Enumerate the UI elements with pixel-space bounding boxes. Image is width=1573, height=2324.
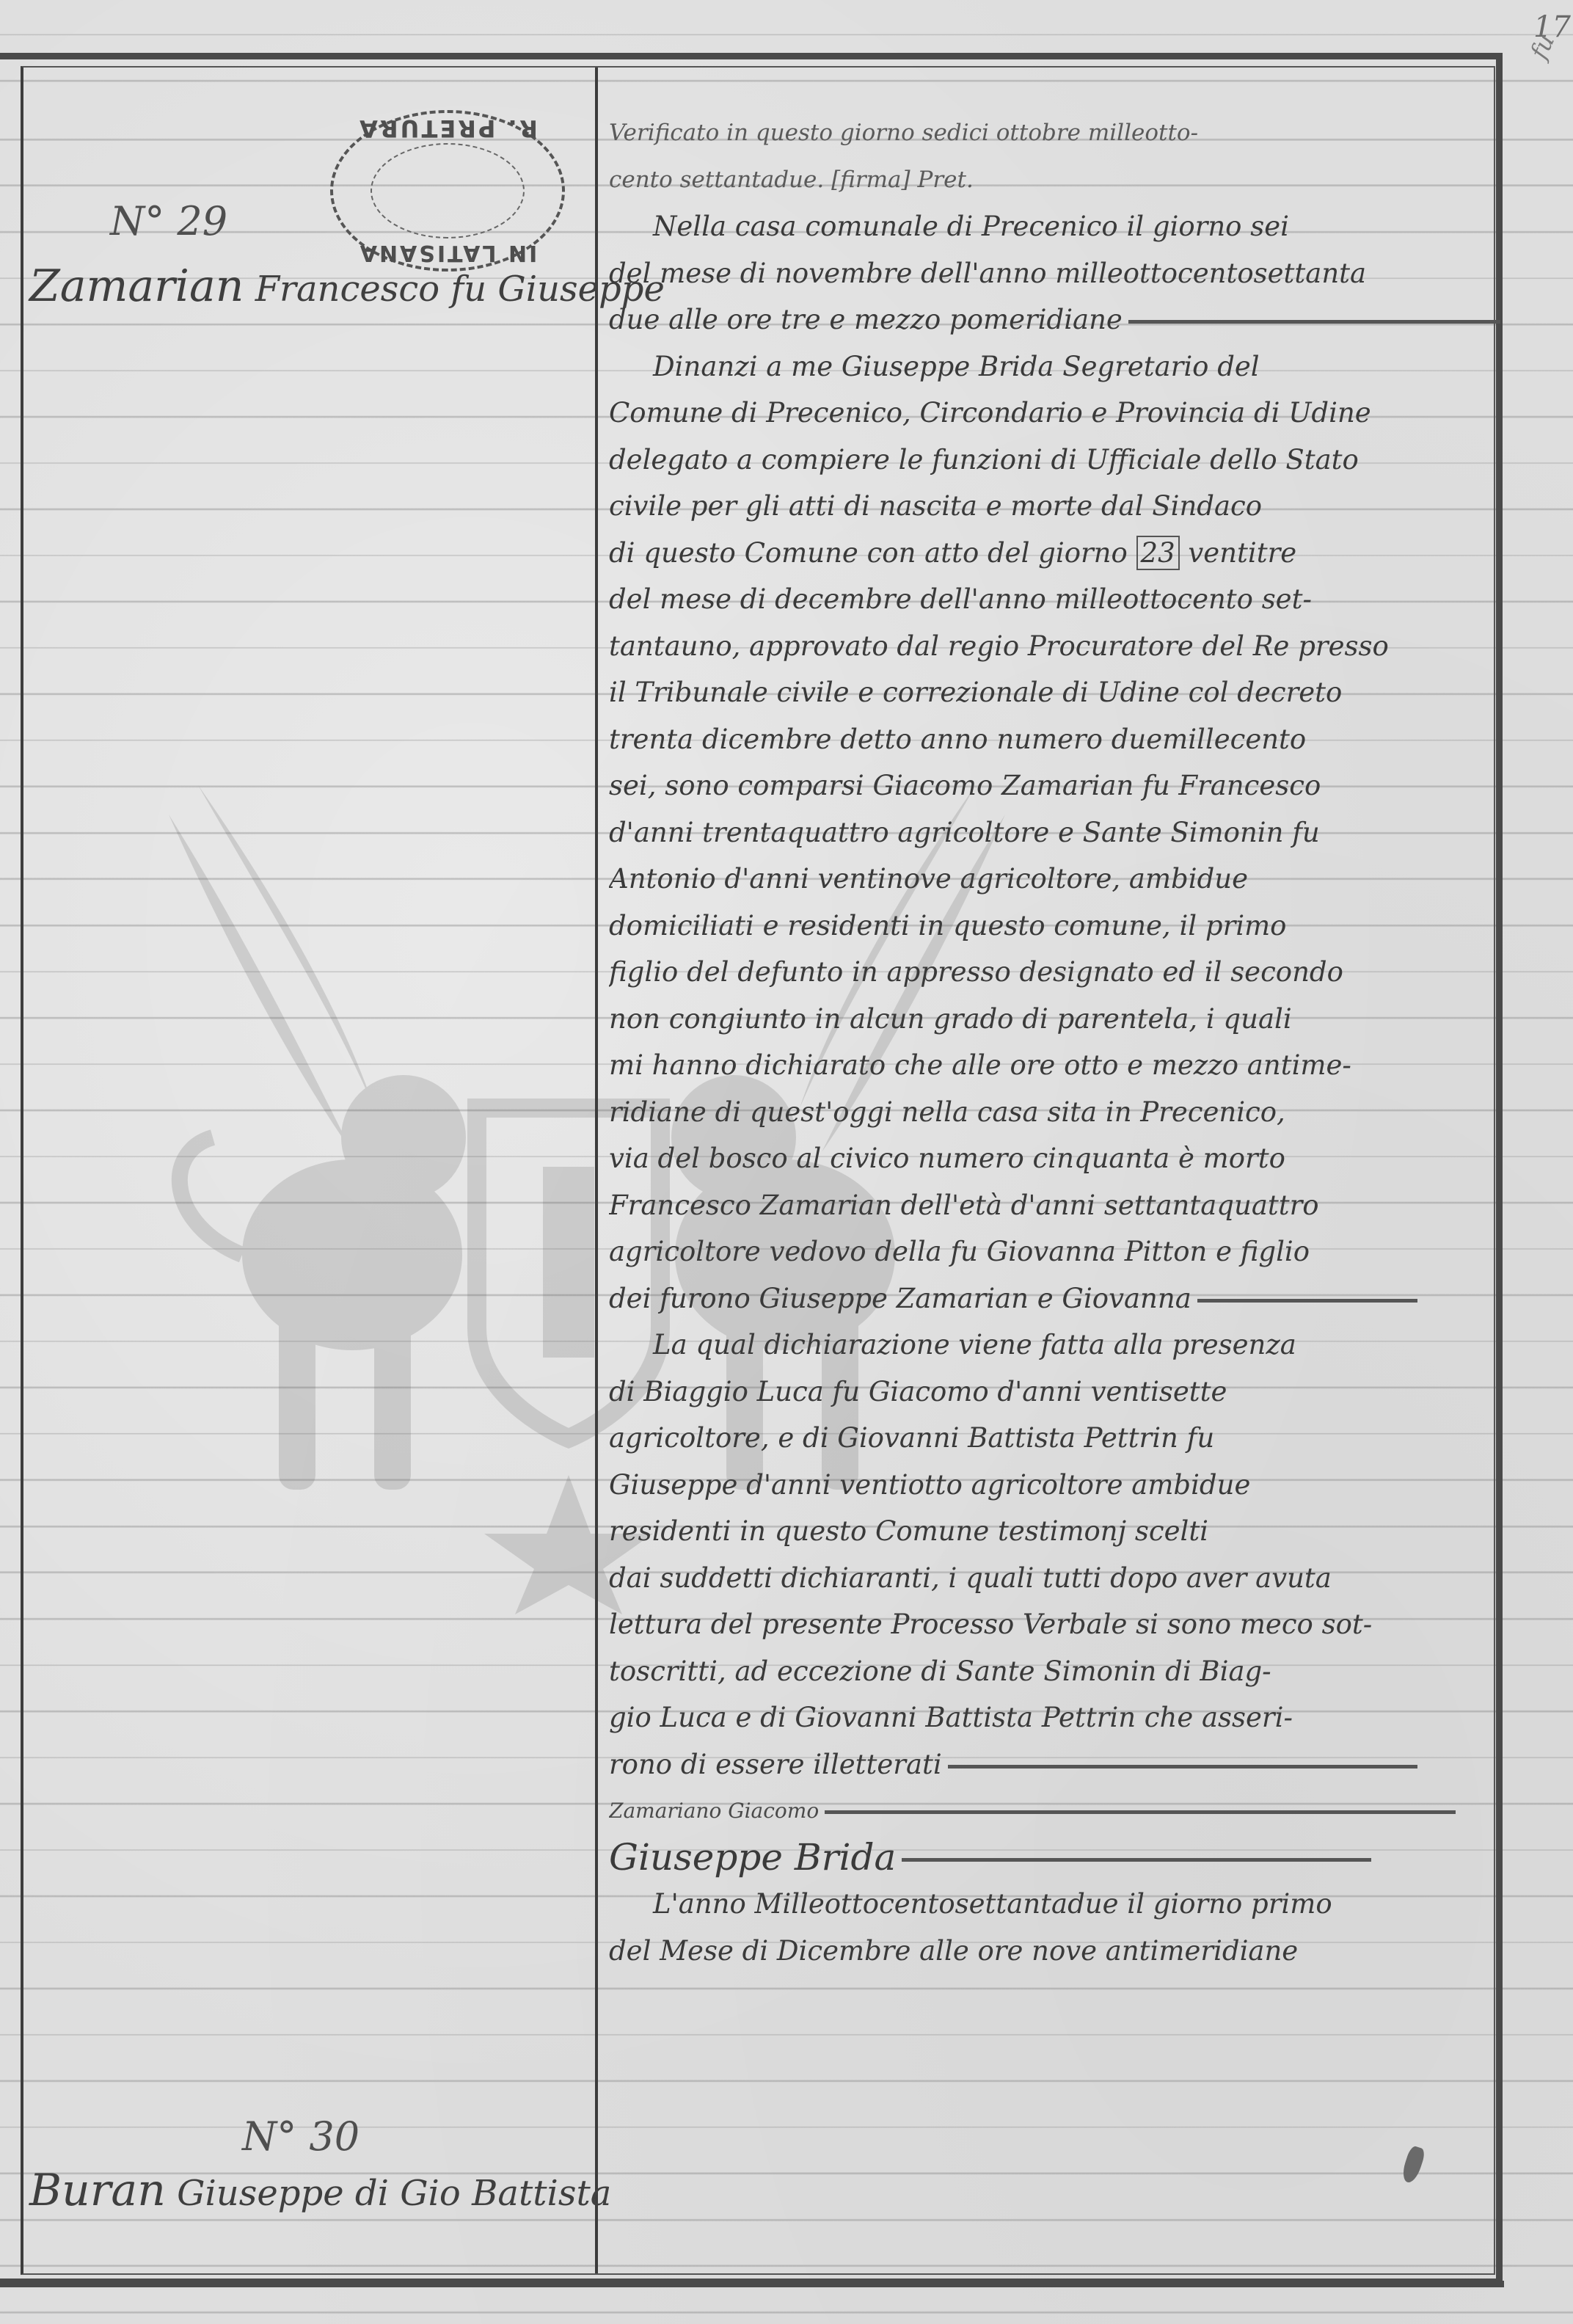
signature-zamariano: Zamariano Giacomo <box>609 1799 819 1823</box>
record-line: dei furono Giuseppe Zamarian e Giovanna <box>609 1275 1500 1322</box>
record-body: Verificato in questo giorno sedici ottob… <box>609 110 1500 1974</box>
entry-number: N° 30 <box>242 2113 360 2160</box>
record-line: gio Luca e di Giovanni Battista Pettrin … <box>609 1694 1500 1741</box>
record-line: non congiunto in alcun grado di parentel… <box>609 996 1500 1043</box>
record-line: Comune di Precenico, Circondario e Provi… <box>609 390 1500 437</box>
record-line-text: due alle ore tre e mezzo pomeridiane <box>609 304 1123 335</box>
record-line: due alle ore tre e mezzo pomeridiane <box>609 296 1500 343</box>
next-record-line: del Mese di Dicembre alle ore nove antim… <box>609 1928 1500 1975</box>
record-line: sei, sono comparsi Giacomo Zamarian fu F… <box>609 762 1500 809</box>
stamp-inner-ring <box>371 143 525 238</box>
column-divider <box>595 68 598 2273</box>
line-fill <box>1197 1299 1417 1303</box>
entry-given-name: Giuseppe di Gio Battista <box>177 2173 611 2214</box>
record-line: dai suddetti dichiaranti, i quali tutti … <box>609 1555 1500 1602</box>
bottom-frame-rule <box>0 2281 1504 2287</box>
record-line: del mese di novembre dell'anno milleotto… <box>609 250 1500 297</box>
record-line: Francesco Zamarian dell'età d'anni setta… <box>609 1182 1500 1229</box>
line-fill <box>825 1810 1456 1814</box>
record-line: domiciliati e residenti in questo comune… <box>609 903 1500 950</box>
boxed-day-words: ventitre <box>1188 537 1296 569</box>
stamp-text-bottom: R. PRETURA <box>330 114 565 142</box>
line-fill <box>948 1765 1417 1769</box>
record-line-text: rono di essere illetterati <box>609 1749 942 1780</box>
pretura-stamp: IN LATISANA R. PRETURA <box>330 110 565 272</box>
entry-name: Zamarian Francesco fu Giuseppe <box>29 261 665 312</box>
signature-line: Zamariano Giacomo <box>609 1788 1500 1835</box>
record-line: rono di essere illetterati <box>609 1741 1500 1788</box>
record-line: Nella casa comunale di Precenico il gior… <box>609 203 1500 250</box>
entry-surname: Zamarian <box>29 261 244 312</box>
record-line: del mese di decembre dell'anno milleotto… <box>609 576 1500 623</box>
next-record-line: L'anno Milleottocentosettantadue il gior… <box>609 1881 1500 1928</box>
entry-number: N° 29 <box>110 198 227 244</box>
record-line: via del bosco al civico numero cinquanta… <box>609 1135 1500 1182</box>
record-line: ridiane di quest'oggi nella casa sita in… <box>609 1089 1500 1136</box>
signature-line: Giuseppe Brida <box>609 1835 1500 1882</box>
record-line: residenti in questo Comune testimonj sce… <box>609 1508 1500 1555</box>
line-fill <box>1128 320 1500 324</box>
record-line: Antonio d'anni ventinove agricoltore, am… <box>609 856 1500 903</box>
record-line: il Tribunale civile e correzionale di Ud… <box>609 669 1500 716</box>
record-line: agricoltore vedovo della fu Giovanna Pit… <box>609 1228 1500 1275</box>
record-line: agricoltore, e di Giovanni Battista Pett… <box>609 1415 1500 1462</box>
record-line-text: di questo Comune con atto del giorno <box>609 537 1128 569</box>
record-line: La qual dichiarazione viene fatta alla p… <box>609 1322 1500 1369</box>
record-line: civile per gli atti di nascita e morte d… <box>609 483 1500 530</box>
record-line: di Biaggio Luca fu Giacomo d'anni ventis… <box>609 1369 1500 1416</box>
record-line: d'anni trentaquattro agricoltore e Sante… <box>609 809 1500 856</box>
record-line-text: dei furono Giuseppe Zamarian e Giovanna <box>609 1283 1191 1314</box>
signature-brida: Giuseppe Brida <box>609 1836 896 1879</box>
entry-surname: Buran <box>29 2165 166 2216</box>
record-line: delegato a compiere le funzioni di Uffic… <box>609 437 1500 484</box>
entry-name: Buran Giuseppe di Gio Battista <box>29 2165 611 2216</box>
record-line: trenta dicembre detto anno numero duemil… <box>609 716 1500 763</box>
record-line: toscritti, ad eccezione di Sante Simonin… <box>609 1648 1500 1695</box>
record-line: mi hanno dichiarato che alle ore otto e … <box>609 1042 1500 1089</box>
record-line: Dinanzi a me Giuseppe Brida Segretario d… <box>609 343 1500 390</box>
record-line: figlio del defunto in appresso designato… <box>609 949 1500 996</box>
record-line: tantauno, approvato dal regio Procurator… <box>609 623 1500 670</box>
record-line: di questo Comune con atto del giorno 23 … <box>609 530 1500 577</box>
verification-line: Verificato in questo giorno sedici ottob… <box>609 110 1500 157</box>
boxed-day-number: 23 <box>1136 536 1180 570</box>
record-line: lettura del presente Processo Verbale si… <box>609 1601 1500 1648</box>
verification-line: cento settantadue. [firma] Pret. <box>609 157 1500 204</box>
line-fill <box>902 1858 1371 1862</box>
record-line: Giuseppe d'anni ventiotto agricoltore am… <box>609 1462 1500 1509</box>
entry-given-name: Francesco fu Giuseppe <box>255 269 665 310</box>
